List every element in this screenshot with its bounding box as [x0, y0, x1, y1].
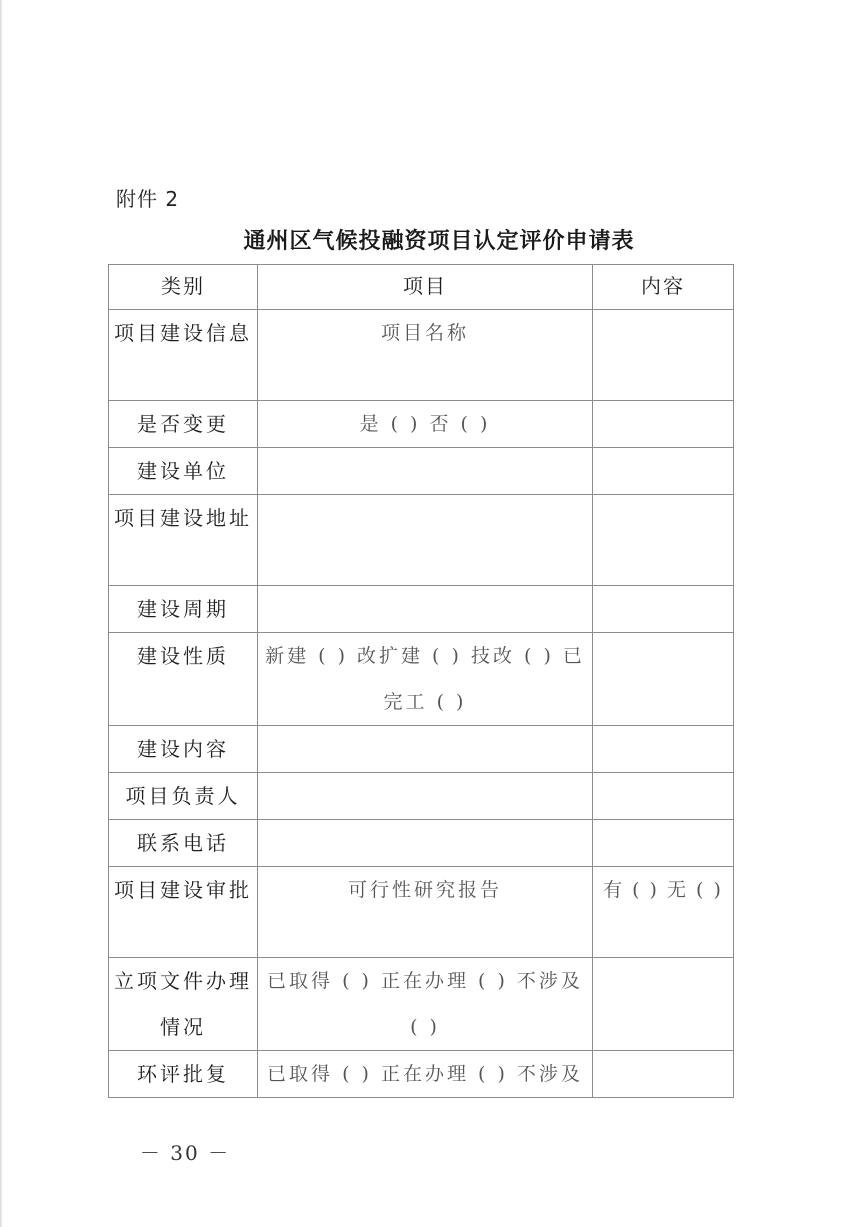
table-row: 项目建设审批 可行性研究报告 有 ( ) 无 ( )	[109, 867, 734, 958]
content-cell[interactable]	[593, 1051, 734, 1098]
item-cell: 项目名称	[258, 310, 593, 401]
category-text: 立项文件办理情况	[109, 958, 257, 1050]
item-cell[interactable]	[258, 820, 593, 867]
attachment-label: 附件 2	[116, 183, 179, 212]
item-cell[interactable]	[258, 586, 593, 633]
item-cell: 可行性研究报告	[258, 867, 593, 958]
category-cell: 环评批复	[109, 1051, 258, 1098]
table-row: 联系电话	[109, 820, 734, 867]
table-row: 是否变更 是 ( ) 否 ( )	[109, 401, 734, 448]
content-cell[interactable]	[593, 448, 734, 495]
table-row: 项目负责人	[109, 773, 734, 820]
item-cell[interactable]: 已取得 ( ) 正在办理 ( ) 不涉及	[258, 1051, 593, 1098]
content-cell[interactable]	[593, 310, 734, 401]
table-row: 建设内容	[109, 726, 734, 773]
table-header-row: 类别 项目 内容	[109, 265, 734, 310]
table-row: 项目建设信息 项目名称	[109, 310, 734, 401]
table-row: 项目建设地址	[109, 495, 734, 586]
category-cell: 建设性质	[109, 633, 258, 726]
table-row: 建设单位	[109, 448, 734, 495]
content-cell[interactable]	[593, 726, 734, 773]
category-cell: 项目建设审批	[109, 867, 258, 958]
content-cell[interactable]	[593, 586, 734, 633]
category-cell: 建设内容	[109, 726, 258, 773]
content-cell[interactable]	[593, 633, 734, 726]
application-form-table: 类别 项目 内容 项目建设信息 项目名称 是否变更 是 ( ) 否 ( ) 建设…	[108, 264, 734, 1098]
category-cell: 联系电话	[109, 820, 258, 867]
content-cell[interactable]	[593, 958, 734, 1051]
category-cell: 建设周期	[109, 586, 258, 633]
item-cell[interactable]: 已取得 ( ) 正在办理 ( ) 不涉及 ( )	[258, 958, 593, 1051]
item-text: 已取得 ( ) 正在办理 ( ) 不涉及 ( )	[258, 958, 592, 1050]
table-row: 环评批复 已取得 ( ) 正在办理 ( ) 不涉及	[109, 1051, 734, 1098]
content-cell[interactable]: 有 ( ) 无 ( )	[593, 867, 734, 958]
table-row: 立项文件办理情况 已取得 ( ) 正在办理 ( ) 不涉及 ( )	[109, 958, 734, 1051]
category-cell: 立项文件办理情况	[109, 958, 258, 1051]
category-cell: 项目建设地址	[109, 495, 258, 586]
item-cell[interactable]	[258, 773, 593, 820]
header-content: 内容	[593, 265, 734, 310]
header-item: 项目	[258, 265, 593, 310]
category-text: 项目建设地址	[109, 495, 257, 541]
table-row: 建设性质 新建 ( ) 改扩建 ( ) 技改 ( ) 已完工 ( )	[109, 633, 734, 726]
table-row: 建设周期	[109, 586, 734, 633]
category-text: 项目建设审批	[109, 867, 257, 913]
item-cell[interactable]	[258, 495, 593, 586]
item-cell[interactable]: 是 ( ) 否 ( )	[258, 401, 593, 448]
document-title: 通州区气候投融资项目认定评价申请表	[0, 224, 868, 255]
item-cell[interactable]: 新建 ( ) 改扩建 ( ) 技改 ( ) 已完工 ( )	[258, 633, 593, 726]
content-cell[interactable]	[593, 495, 734, 586]
category-cell: 是否变更	[109, 401, 258, 448]
header-category: 类别	[109, 265, 258, 310]
category-cell: 项目建设信息	[109, 310, 258, 401]
content-cell[interactable]	[593, 773, 734, 820]
item-cell[interactable]	[258, 448, 593, 495]
content-cell[interactable]	[593, 820, 734, 867]
category-text: 项目建设信息	[109, 310, 257, 356]
content-cell[interactable]	[593, 401, 734, 448]
category-cell: 建设单位	[109, 448, 258, 495]
page-number: － 30 －	[0, 1137, 370, 1166]
category-cell: 项目负责人	[109, 773, 258, 820]
scan-edge	[0, 0, 3, 1227]
item-cell[interactable]	[258, 726, 593, 773]
item-text: 新建 ( ) 改扩建 ( ) 技改 ( ) 已完工 ( )	[258, 633, 592, 725]
